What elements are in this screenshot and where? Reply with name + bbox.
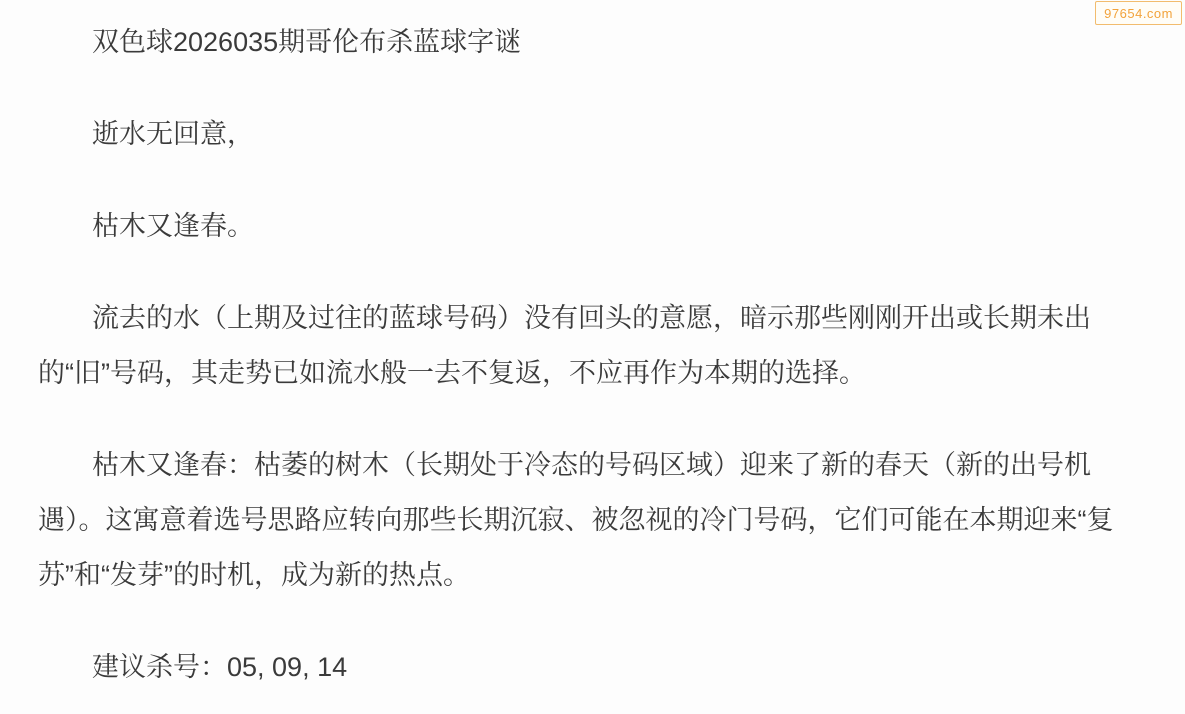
kill-numbers-line: 建议杀号：05, 09, 14 (38, 640, 1140, 695)
explanation-paragraph-1: 流去的水（上期及过往的蓝球号码）没有回头的意愿，暗示那些刚刚开出或长期未出的“旧… (38, 291, 1140, 401)
watermark-badge: 97654.com (1095, 1, 1182, 25)
riddle-line-2: 枯木又逢春。 (38, 199, 1140, 254)
article-title: 双色球2026035期哥伦布杀蓝球字谜 (38, 15, 1140, 70)
article-body: 双色球2026035期哥伦布杀蓝球字谜 逝水无回意， 枯木又逢春。 流去的水（上… (0, 0, 1185, 695)
explanation-paragraph-2: 枯木又逢春：枯萎的树木（长期处于冷态的号码区域）迎来了新的春天（新的出号机遇）。… (38, 438, 1140, 603)
riddle-line-1: 逝水无回意， (38, 107, 1140, 162)
